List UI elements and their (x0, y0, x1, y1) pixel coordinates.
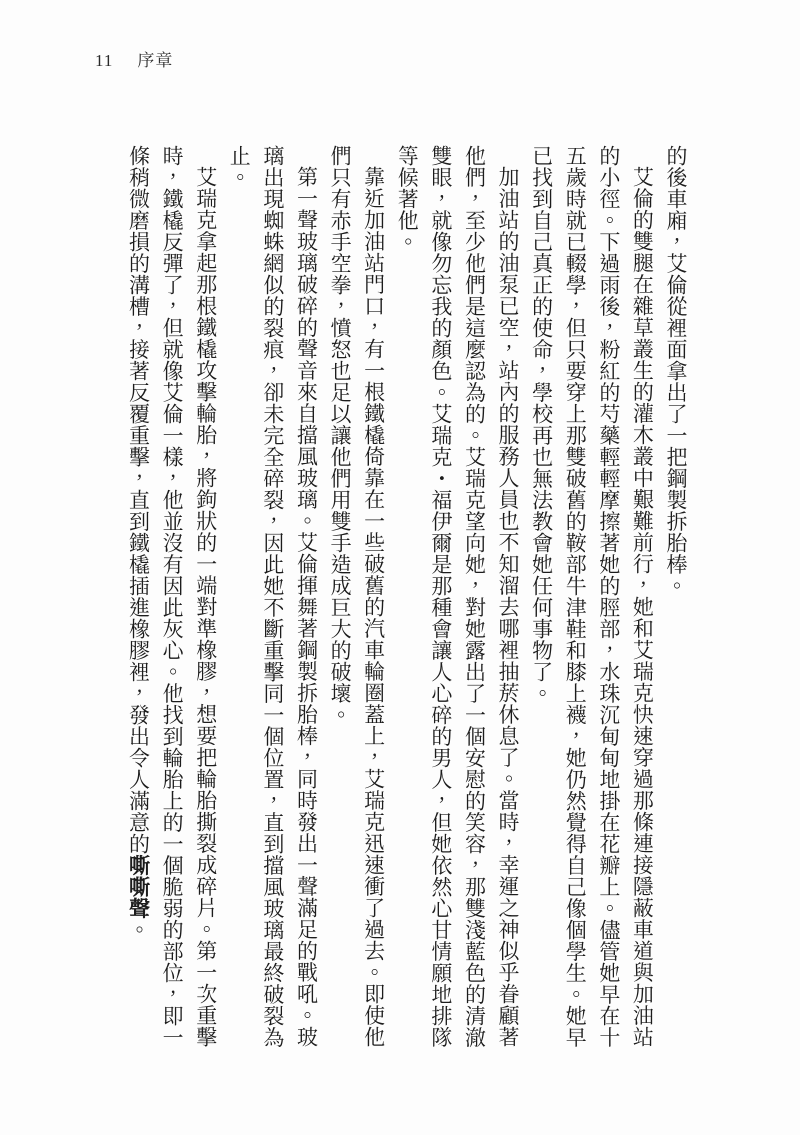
paragraph: 艾倫的雙腿在雜草叢生的灌木叢中艱難前行，她和艾瑞克快速穿過那條連接隱蔽車道與加油… (524, 145, 658, 1057)
text-run: 艾倫的雙腿在雜草叢生的灌木叢中艱難前行，她和艾瑞克快速穿過那條連接隱蔽車道與加油… (530, 145, 655, 1048)
paragraph: 的後車廂，艾倫從裡面拿出了一把鋼製拆胎棒。 (658, 145, 692, 1057)
text-run: 靠近加油站門口，有一根鐵橇倚靠在一些破舊的汽車輪圈蓋上，艾瑞克迅速衝了過去。即使… (328, 145, 386, 1048)
text-run: 。 (127, 919, 151, 941)
text-body: 的後車廂，艾倫從裡面拿出了一把鋼製拆胎棒。艾倫的雙腿在雜草叢生的灌木叢中艱難前行… (92, 145, 692, 1057)
page-number: 11 (95, 51, 113, 71)
emphasized-text: 嘶嘶聲 (127, 855, 151, 920)
paragraph: 靠近加油站門口，有一根鐵橇倚靠在一些破舊的汽車輪圈蓋上，艾瑞克迅速衝了過去。即使… (322, 145, 389, 1057)
book-page: 11 序章 的後車廂，艾倫從裡面拿出了一把鋼製拆胎棒。艾倫的雙腿在雜草叢生的灌木… (0, 0, 800, 1135)
chapter-title: 序章 (137, 46, 173, 71)
running-head: 11 序章 (95, 46, 173, 71)
paragraph: 艾瑞克拿起那根鐵橇攻擊輪胎，將鉤狀的一端對準橡膠，想要把輪胎撕裂成碎片。第一次重… (121, 145, 222, 1057)
text-run: 的後車廂，艾倫從裡面拿出了一把鋼製拆胎棒。 (664, 145, 688, 597)
paragraph: 第一聲玻璃破碎的聲音來自擋風玻璃。艾倫揮舞著鋼製拆胎棒，同時發出一聲滿足的戰吼。… (222, 145, 323, 1057)
paragraph: 加油站的油泵已空，站內的服務人員也不知溜去哪裡抽菸休息了。當時，幸運之神似乎眷顧… (390, 145, 524, 1057)
text-run: 第一聲玻璃破碎的聲音來自擋風玻璃。艾倫揮舞著鋼製拆胎棒，同時發出一聲滿足的戰吼。… (227, 145, 318, 1048)
text-run: 加油站的油泵已空，站內的服務人員也不知溜去哪裡抽菸休息了。當時，幸運之神似乎眷顧… (395, 145, 520, 1048)
